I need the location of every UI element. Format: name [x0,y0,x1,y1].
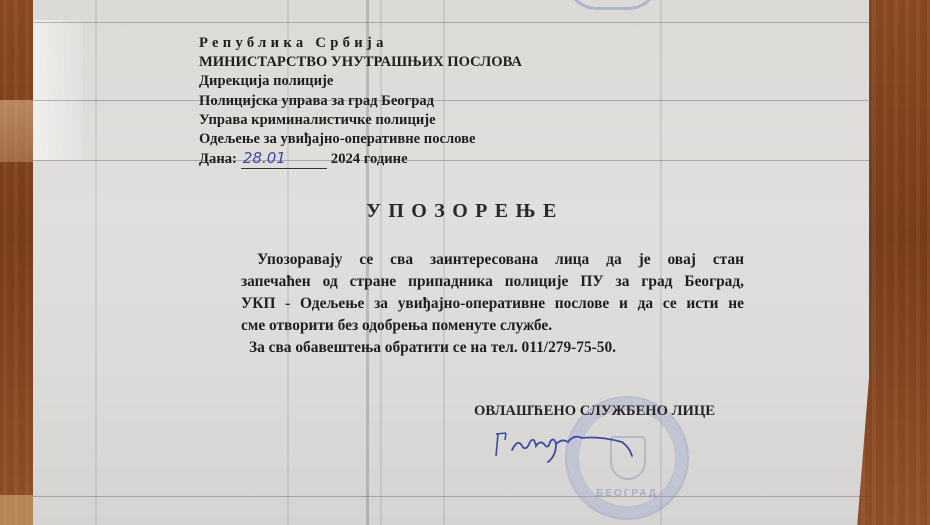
criminal-police-line: Управа криминалистичке полиције [199,111,522,130]
date-handwritten: 28.01 [241,149,327,169]
police-administration-line: Полицијска управа за град Београд [199,92,522,111]
tape-strip [0,100,38,162]
notice-body: Упозоравају се сва заинтересована лица д… [241,249,744,359]
department-line: Одељење за увиђајно-оперативне послове [199,130,522,149]
document-title: УПОЗОРЕЊЕ [0,200,930,223]
handwritten-signature [490,420,660,465]
directorate-line: Дирекција полиције [199,72,522,91]
seal-text: БЕОГРАД [567,488,687,499]
body-line: УКП - Одељење за увиђајно-оперативне пос… [241,293,744,315]
date-line: Дана: 28.01 2024 године [199,149,522,169]
body-line: Упозоравају се сва заинтересована лица д… [241,249,744,271]
letterhead: Република Србија МИНИСТАРСТВО УНУТРАШЊИХ… [199,34,522,169]
contact-line: За сва обавештења обратити се на тел. 01… [241,337,744,359]
print-streak [95,0,97,525]
paper-fold-line [33,496,869,497]
body-line: запечаћен од стране припадника полиције … [241,271,744,293]
paper-fold-line [33,22,869,23]
ministry-line: МИНИСТАРСТВО УНУТРАШЊИХ ПОСЛОВА [199,53,522,72]
body-line: сме отворити без одобрења поменуте служб… [241,315,744,337]
date-year: 2024 године [331,150,408,169]
date-label: Дана: [199,150,237,169]
signatory-title: ОВЛАШЋЕНО СЛУЖБЕНО ЛИЦЕ [474,403,715,420]
tape-strip [0,495,38,525]
republic-line: Република Србија [199,34,522,53]
